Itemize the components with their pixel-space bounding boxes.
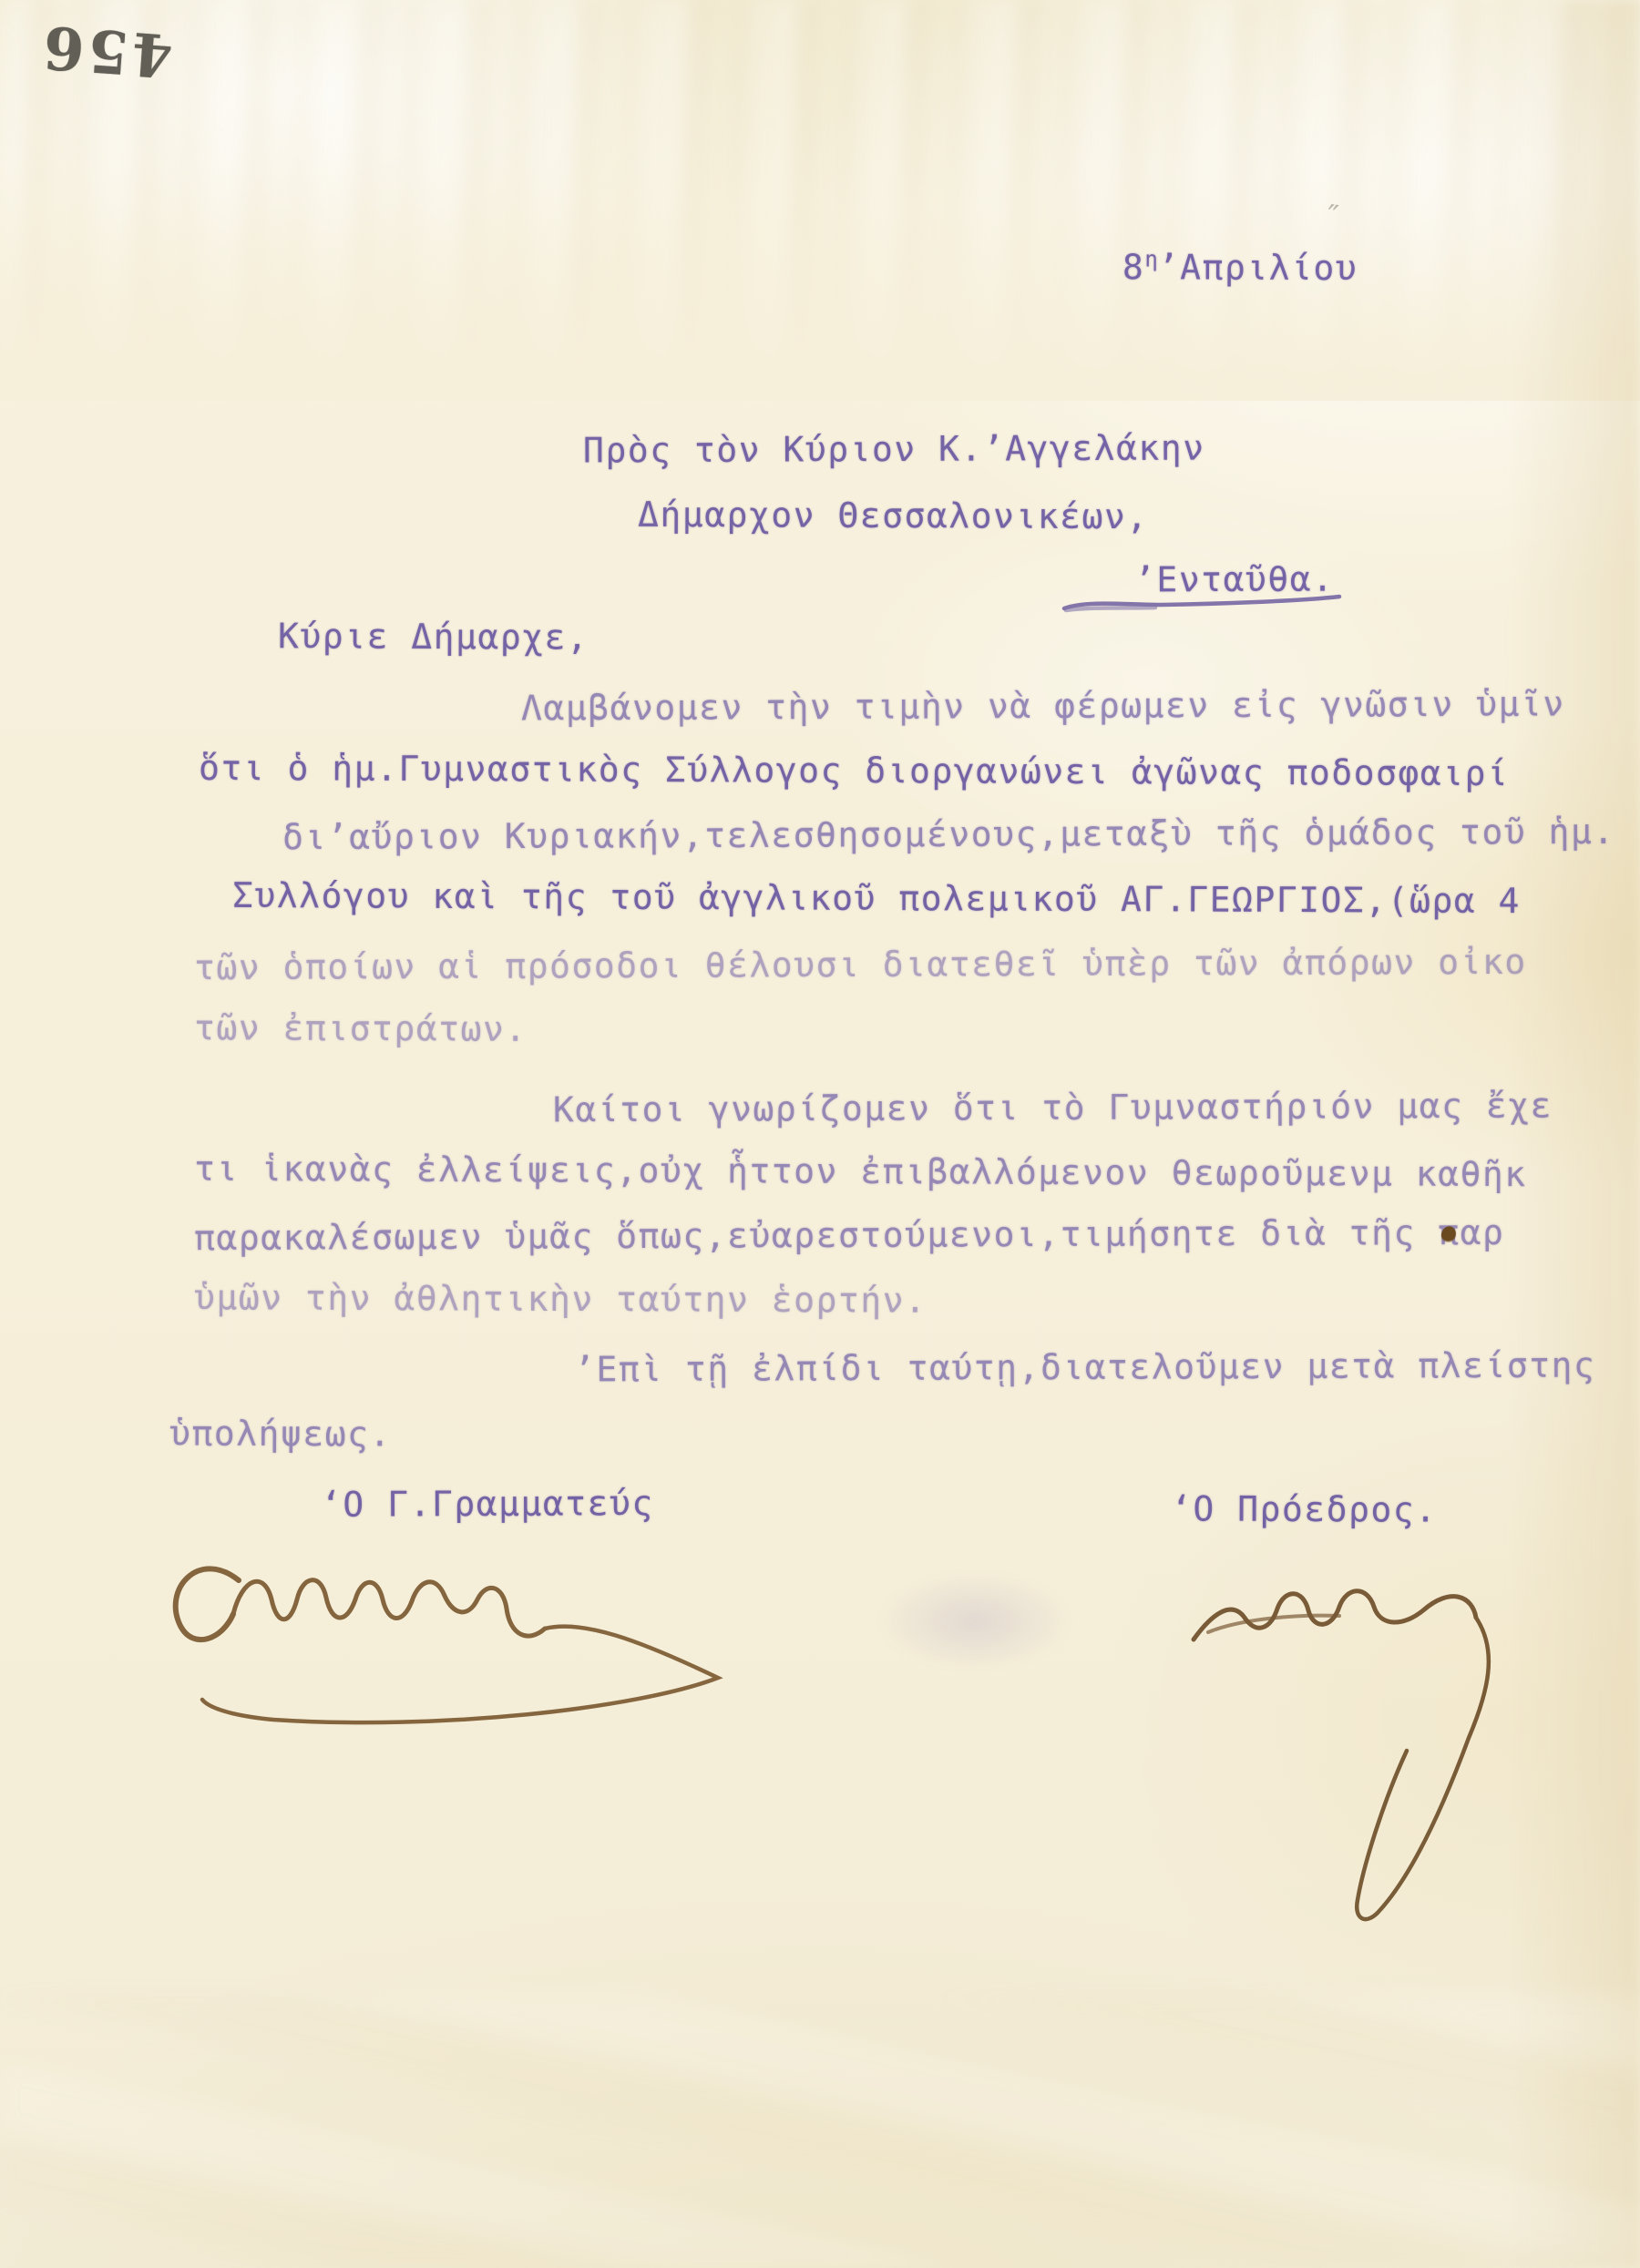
president-signature bbox=[1194, 1591, 1489, 1919]
handwritten-ink-layer bbox=[0, 0, 1640, 2268]
body-line: ὑμῶν τὴν ἀθλητικὴν ταύτην ἑορτήν. bbox=[194, 1276, 928, 1322]
salutation: Κύριε Δήμαρχε, bbox=[278, 615, 589, 658]
president-title: ‘Ο Πρόεδρος. bbox=[1171, 1487, 1438, 1530]
date-line: 8η’Απριλίου bbox=[1122, 238, 1358, 289]
body-line: Συλλόγου καὶ τῆς τοῦ ἀγγλικοῦ πολεμικοῦ … bbox=[232, 874, 1521, 922]
body-line: τῶν ἐπιστράτων. bbox=[194, 1006, 528, 1050]
recipient-line-1: Πρὸς τὸν Κύριον Κ.’Αγγελάκην bbox=[583, 427, 1205, 472]
body-line: Καίτοι γνωρίζομεν ὅτι τὸ Γυμναστήριόν μα… bbox=[553, 1085, 1553, 1131]
body-line: τῶν ὁποίων αἱ πρόσοδοι θέλουσι διατεθεῖ … bbox=[194, 941, 1527, 988]
letter-page: 456 ″ 8η’Απριλίου Πρὸς τὸν Κύριον Κ.’Αγγ… bbox=[0, 0, 1640, 2268]
secretary-signature bbox=[176, 1568, 718, 1722]
body-line: δι’αὔριον Κυριακήν,τελεσθησομένους,μεταξ… bbox=[282, 811, 1615, 858]
body-line: Λαμβάνομεν τὴν τιμὴν νὰ φέρωμεν εἰς γνῶσ… bbox=[521, 683, 1565, 730]
recipient-place: ’Ενταῦθα. bbox=[1134, 558, 1335, 601]
archive-number-stamp: 456 bbox=[38, 12, 175, 89]
date-month: ’Απριλίου bbox=[1158, 247, 1358, 288]
date-ordinal-superscript: η bbox=[1144, 247, 1158, 272]
recipient-line-2: Δήμαρχον Θεσσαλονικέων, bbox=[638, 494, 1149, 537]
body-line: τι ἱκανὰς ἐλλείψεις,οὐχ ἧττον ἐπιβαλλόμε… bbox=[194, 1148, 1527, 1195]
secretary-title: ‘Ο Γ.Γραμματεύς bbox=[321, 1482, 654, 1526]
date-day: 8 bbox=[1122, 247, 1145, 287]
body-line: παρακαλέσωμεν ὑμᾶς ὅπως,εὐαρεστούμενοι,τ… bbox=[194, 1211, 1504, 1259]
body-line: ὅτι ὁ ἡμ.Γυμναστικὸς Σύλλογος διοργανώνε… bbox=[199, 747, 1509, 794]
closing-line: ὑπολήψεως. bbox=[169, 1412, 392, 1455]
closing-line: ’Επὶ τῇ ἐλπίδι ταύτῃ,διατελοῦμεν μετὰ πλ… bbox=[574, 1344, 1596, 1391]
